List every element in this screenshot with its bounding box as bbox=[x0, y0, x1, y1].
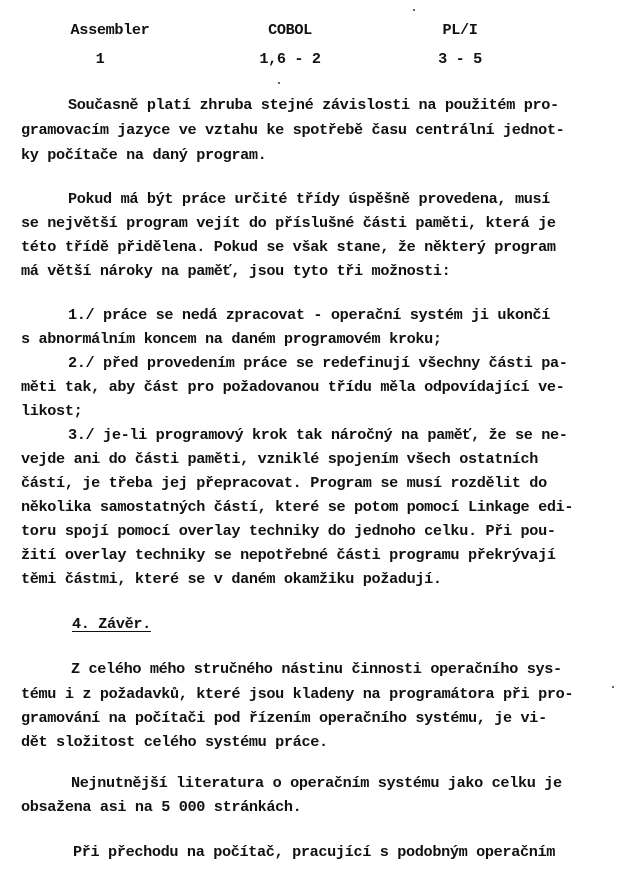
table-value-pli: 3 - 5 bbox=[425, 50, 495, 68]
text-line: obsažena asi na 5 000 stránkách. bbox=[21, 798, 301, 816]
document-page: Assembler COBOL PL/I 1 1,6 - 2 3 - 5 Sou… bbox=[0, 0, 640, 872]
table-value-cobol: 1,6 - 2 bbox=[240, 50, 340, 68]
table-header-pli: PL/I bbox=[425, 21, 495, 39]
scan-speck bbox=[278, 82, 280, 84]
text-line: částí, je třeba jej přepracovat. Program… bbox=[21, 474, 547, 492]
text-line: Nejnutnější literatura o operačním systé… bbox=[71, 774, 562, 792]
table-header-assembler: Assembler bbox=[55, 21, 165, 39]
text-line: Při přechodu na počítač, pracující s pod… bbox=[73, 843, 555, 861]
text-line: gramovacím jazyce ve vztahu ke spotřebě … bbox=[21, 121, 564, 139]
section-heading: 4. Závěr. bbox=[72, 615, 151, 633]
text-line: žití overlay techniky se nepotřebné část… bbox=[21, 546, 556, 564]
text-line: má větší nároky na paměť, jsou tyto tři … bbox=[21, 262, 450, 280]
text-line: Z celého mého stručného nástinu činnosti… bbox=[71, 660, 562, 678]
text-line: této třídě přidělena. Pokud se však stan… bbox=[21, 238, 556, 256]
text-line: s abnormálním koncem na daném programové… bbox=[21, 330, 442, 348]
table-header-cobol: COBOL bbox=[240, 21, 340, 39]
scan-speck bbox=[413, 9, 415, 11]
text-line: vejde ani do části paměti, vzniklé spoje… bbox=[21, 450, 538, 468]
list-item-2: 2./ před provedením práce se redefinují … bbox=[68, 354, 568, 372]
text-line: se největší program vejít do příslušné č… bbox=[21, 214, 556, 232]
text-line: měti tak, aby část pro požadovanou třídu… bbox=[21, 378, 564, 396]
list-item-1: 1./ práce se nedá zpracovat - operační s… bbox=[68, 306, 550, 324]
text-line: ky počítače na daný program. bbox=[21, 146, 266, 164]
text-line: těmi částmi, které se v daném okamžiku p… bbox=[21, 570, 442, 588]
text-line: několika samostatných částí, které se po… bbox=[21, 498, 573, 516]
text-line: gramování na počítači pod řízením operač… bbox=[21, 709, 547, 727]
scan-speck bbox=[612, 686, 614, 688]
list-item-3: 3./ je-li programový krok tak náročný na… bbox=[68, 426, 568, 444]
table-value-assembler: 1 bbox=[55, 50, 145, 68]
text-line: Současně platí zhruba stejné závislosti … bbox=[68, 96, 559, 114]
text-line: dět složitost celého systému práce. bbox=[21, 733, 328, 751]
text-line: Pokud má být práce určité třídy úspěšně … bbox=[68, 190, 550, 208]
text-line: tému i z požadavků, které jsou kladeny n… bbox=[21, 685, 573, 703]
text-line: toru spojí pomocí overlay techniky do je… bbox=[21, 522, 556, 540]
text-line: likost; bbox=[21, 402, 82, 420]
